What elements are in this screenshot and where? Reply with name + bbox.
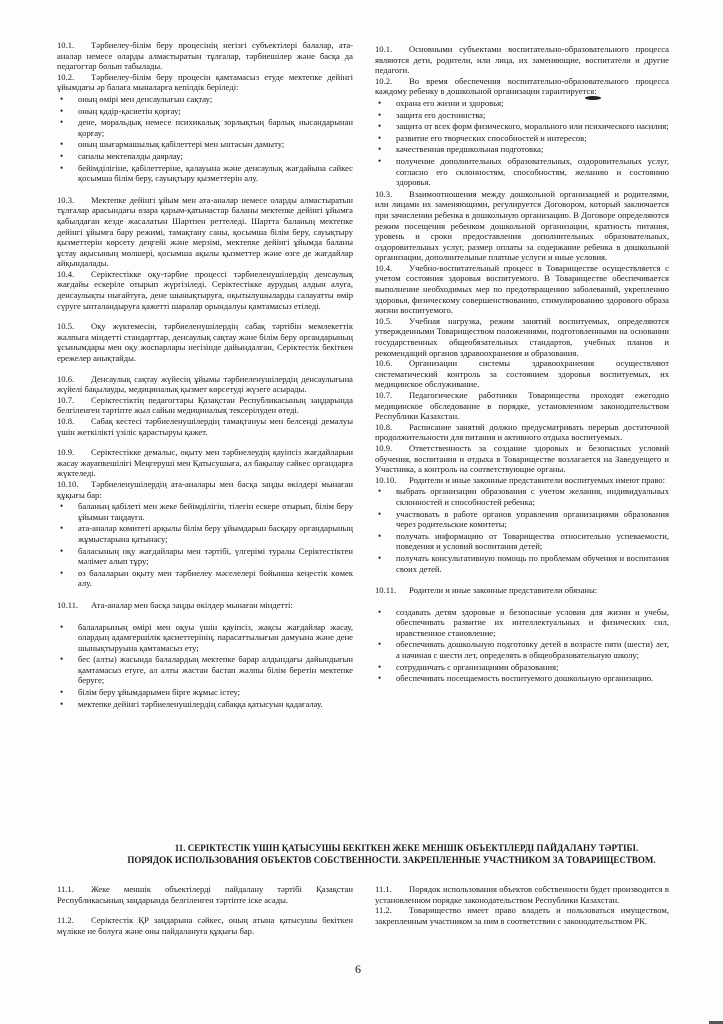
- list-item: бес (алты) жасында балалардың мектепке б…: [57, 654, 353, 686]
- clause-10-5-kz: 10.5.Оқу жүктемесін, тәрбиеленушілердің …: [57, 321, 353, 363]
- right-column-russian: 10.1.Основными субъектами воспитательно-…: [375, 44, 669, 685]
- clause-10-10-ru: 10.10.Родители и иные законные представи…: [375, 475, 669, 486]
- list-item: создавать детям здоровые и безопасные ус…: [375, 607, 669, 639]
- left-column-kazakh: 10.1.Тәрбиелеу-білім беру процесінің нег…: [57, 40, 353, 710]
- clause-10-6-kz: 10.6.Денсаулық сақтау жүйесің ұйымы тәрб…: [57, 374, 353, 395]
- clause-10-4-ru: 10.4.Учебно-воспитательный процесс в Тов…: [375, 263, 669, 316]
- clause-10-1-kz: 10.1.Тәрбиелеу-білім беру процесінің нег…: [57, 40, 353, 72]
- spacer: [57, 185, 353, 195]
- list-item: білім беру ұйымдарымен бірге жұмыс істеу…: [57, 687, 353, 698]
- list-item: получение дополнительных образовательных…: [375, 156, 669, 188]
- list-item: дене, моральдық немесе психикалық зорлық…: [57, 117, 353, 138]
- clause-10-5-ru: 10.5.Учебная нагрузка, режим занятий вос…: [375, 316, 669, 358]
- document-page: 10.1.Тәрбиелеу-білім беру процесінің нег…: [0, 0, 723, 1024]
- list-item: развитие его творческих способностей и и…: [375, 133, 669, 144]
- bullet-list-10-10-kz: баланың қабілеті мен жеке бейімділігін, …: [57, 501, 353, 589]
- page-number: 6: [355, 962, 361, 977]
- list-item: защита от всех форм физического, моральн…: [375, 121, 669, 132]
- clause-10-7-ru: 10.7.Педагогические работники Товарищест…: [375, 390, 669, 422]
- list-item: оның шығармашылық қабілеттері мен ынтасы…: [57, 139, 353, 150]
- list-item: мектепке дейінгі тәрбиеленушілердің саба…: [57, 699, 353, 710]
- spacer: [57, 311, 353, 321]
- list-item: охрана его жизни и здоровья;: [375, 98, 669, 109]
- spacer: [57, 437, 353, 447]
- clause-10-2-kz: 10.2.Тәрбиелеу-білім беру процесін қамта…: [57, 72, 353, 93]
- list-item: оның қадір-қасиетін қорғау;: [57, 106, 353, 117]
- clause-10-9-kz: 10.9.Серіктестікке демалыс, оқыту мен тә…: [57, 447, 353, 479]
- list-item: оның өмірі мен денсаулығын сақтау;: [57, 94, 353, 105]
- clause-11-2-kz: 11.2.Серіктестік ҚР заңдарына сәйкес, он…: [57, 915, 353, 936]
- clause-10-8-kz: 10.8.Сабақ кестесі тәрбиеленушілердің та…: [57, 416, 353, 437]
- list-item: получать консультативную помощь по пробл…: [375, 553, 669, 574]
- clause-11-1-kz: 11.1.Жеке меншік объектілерді пайдалану …: [57, 884, 353, 905]
- section-11-right-russian: 11.1.Порядок использования объектов собс…: [375, 884, 669, 926]
- clause-10-1-ru: 10.1.Основными субъектами воспитательно-…: [375, 44, 669, 76]
- list-item: обеспечивать дошкольную подготовку детей…: [375, 639, 669, 660]
- list-item: качественная предшкольная подготовка;: [375, 144, 669, 155]
- list-item: баласының оқу жағдайлары мен тәртібі, үл…: [57, 546, 353, 567]
- list-item: балаларының өмірі мен оқуы үшін қауіпсіз…: [57, 622, 353, 654]
- list-item: получать информацию от Товарищества отно…: [375, 531, 669, 552]
- section-heading-kz: 11. СЕРІКТЕСТІК ҮШІН ҚАТЫСУШЫ БЕКІТКЕН Ж…: [60, 842, 723, 854]
- bullet-list-10-2-kz: оның өмірі мен денсаулығын сақтау; оның …: [57, 94, 353, 184]
- clause-10-8-ru: 10.8.Расписание занятий должно предусмат…: [375, 422, 669, 443]
- clause-10-11-ru: 10.11.Родители и иные законные представи…: [375, 585, 669, 596]
- spacer: [57, 611, 353, 621]
- spacer: [57, 590, 353, 600]
- clause-10-9-ru: 10.9.Ответственность за создание здоровы…: [375, 443, 669, 475]
- list-item: сапалы мектепалды даярлау;: [57, 151, 353, 162]
- bullet-list-10-11-ru: создавать детям здоровые и безопасные ус…: [375, 607, 669, 684]
- clause-10-2-ru: 10.2.Во время обеспечения воспитательно-…: [375, 76, 669, 97]
- list-item: ата-аналар комитеті арқылы білім беру ұй…: [57, 523, 353, 544]
- list-item: участвовать в работе органов управления …: [375, 509, 669, 530]
- bullet-list-10-2-ru: охрана его жизни и здоровья; защита его …: [375, 98, 669, 188]
- scan-artifact: [585, 96, 601, 100]
- clause-10-6-ru: 10.6.Организации системы здравоохранения…: [375, 358, 669, 390]
- clause-10-7-kz: 10.7.Серіктестіктің педагогтары Қазақста…: [57, 395, 353, 416]
- spacer: [57, 364, 353, 374]
- list-item: выбрать организации образования с учетом…: [375, 486, 669, 507]
- list-item: сотрудничать с организациями образования…: [375, 662, 669, 673]
- clause-10-3-kz: 10.3.Мектепке дейінгі ұйым мен ата-анала…: [57, 195, 353, 269]
- list-item: бейімділігіне, қабілеттеріне, қалауына ж…: [57, 163, 353, 184]
- list-item: обеспечивать посещаемость воспитуемого д…: [375, 673, 669, 684]
- section-11-left-kazakh: 11.1.Жеке меншік объектілерді пайдалану …: [57, 884, 353, 936]
- clause-11-1-ru: 11.1.Порядок использования объектов собс…: [375, 884, 669, 905]
- list-item: баланың қабілеті мен жеке бейімділігін, …: [57, 501, 353, 522]
- clause-10-4-kz: 10.4.Серіктестікке оқу-тәрбие процессі т…: [57, 269, 353, 311]
- bullet-list-10-11-kz: балаларының өмірі мен оқуы үшін қауіпсіз…: [57, 622, 353, 710]
- list-item: защита его достоинства;: [375, 110, 669, 121]
- bullet-list-10-10-ru: выбрать организации образования с учетом…: [375, 486, 669, 574]
- spacer: [375, 575, 669, 585]
- clause-11-2-ru: 11.2.Товарищество имеет право владеть и …: [375, 905, 669, 926]
- clause-10-11-kz: 10.11.Ата-аналар мен басқа заңды өкілдер…: [57, 600, 353, 611]
- section-11-heading: 11. СЕРІКТЕСТІК ҮШІН ҚАТЫСУШЫ БЕКІТКЕН Ж…: [60, 842, 723, 866]
- list-item: өз балаларын оқыту мен тәрбиелеу мәселел…: [57, 568, 353, 589]
- section-heading-ru: ПОРЯДОК ИСПОЛЬЗОВАНИЯ ОБЪЕКТОВ СОБСТВЕНН…: [60, 854, 723, 866]
- spacer: [375, 596, 669, 606]
- clause-10-10-kz: 10.10.Тәрбиеленушілердің ата-аналары мен…: [57, 479, 353, 500]
- spacer: [57, 905, 353, 915]
- clause-10-3-ru: 10.3.Взаимоотношения между дошкольной ор…: [375, 189, 669, 263]
